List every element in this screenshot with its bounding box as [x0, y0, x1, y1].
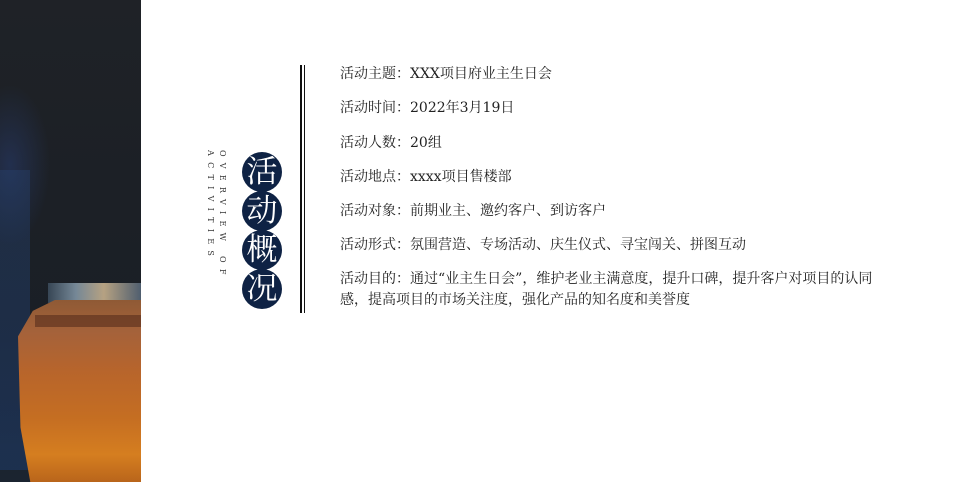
detail-label: 活动形式：: [340, 237, 410, 253]
detail-value: 通过“业主生日会”，维护老业主满意度，提升口碑，提升客户对项目的认同感，提高项目…: [340, 271, 872, 308]
divider-line-thin: [304, 65, 305, 313]
detail-label: 活动时间：: [340, 100, 410, 116]
heading-char-circle: 况: [242, 269, 282, 309]
detail-value: 氛围营造、专场活动、庆生仪式、寻宝闯关、拼图互动: [410, 237, 746, 253]
detail-label: 活动目的：: [340, 271, 410, 287]
divider-line-thick: [300, 65, 302, 313]
decorative-photo: [0, 0, 141, 482]
subtitle-vertical: OVERVIEW OF ACTIVITIES: [204, 150, 216, 400]
detail-value: 前期业主、邀约客户、到访客户: [410, 203, 606, 219]
heading-char-circle: 概: [242, 230, 282, 270]
detail-label: 活动主题：: [340, 66, 410, 82]
detail-label: 活动对象：: [340, 203, 410, 219]
detail-value: XXX项目府业主生日会: [410, 66, 552, 82]
detail-value: 20组: [410, 135, 442, 151]
photo-stone-band: [35, 315, 141, 327]
detail-theme: 活动主题：XXX项目府业主生日会: [340, 62, 900, 96]
detail-value: 2022年3月19日: [410, 100, 514, 116]
heading-char-circle: 动: [242, 191, 282, 231]
detail-label: 活动地点：: [340, 169, 410, 185]
detail-location: 活动地点：xxxx项目售楼部: [340, 165, 900, 199]
heading-char-circle: 活: [242, 152, 282, 192]
detail-purpose: 活动目的：通过“业主生日会”，维护老业主满意度，提升口碑，提升客户对项目的认同感…: [340, 269, 900, 303]
detail-audience: 活动对象：前期业主、邀约客户、到访客户: [340, 199, 900, 233]
detail-count: 活动人数：20组: [340, 131, 900, 165]
detail-value: xxxx项目售楼部: [410, 169, 512, 185]
detail-format: 活动形式：氛围营造、专场活动、庆生仪式、寻宝闯关、拼图互动: [340, 233, 900, 267]
detail-label: 活动人数：: [340, 135, 410, 151]
photo-stone: [18, 300, 141, 482]
subtitle-text: OVERVIEW OF ACTIVITIES: [204, 150, 228, 400]
activity-details: 活动主题：XXX项目府业主生日会 活动时间：2022年3月19日 活动人数：20…: [340, 62, 900, 303]
section-heading: 活 动 概 况: [242, 152, 282, 308]
detail-time: 活动时间：2022年3月19日: [340, 96, 900, 130]
